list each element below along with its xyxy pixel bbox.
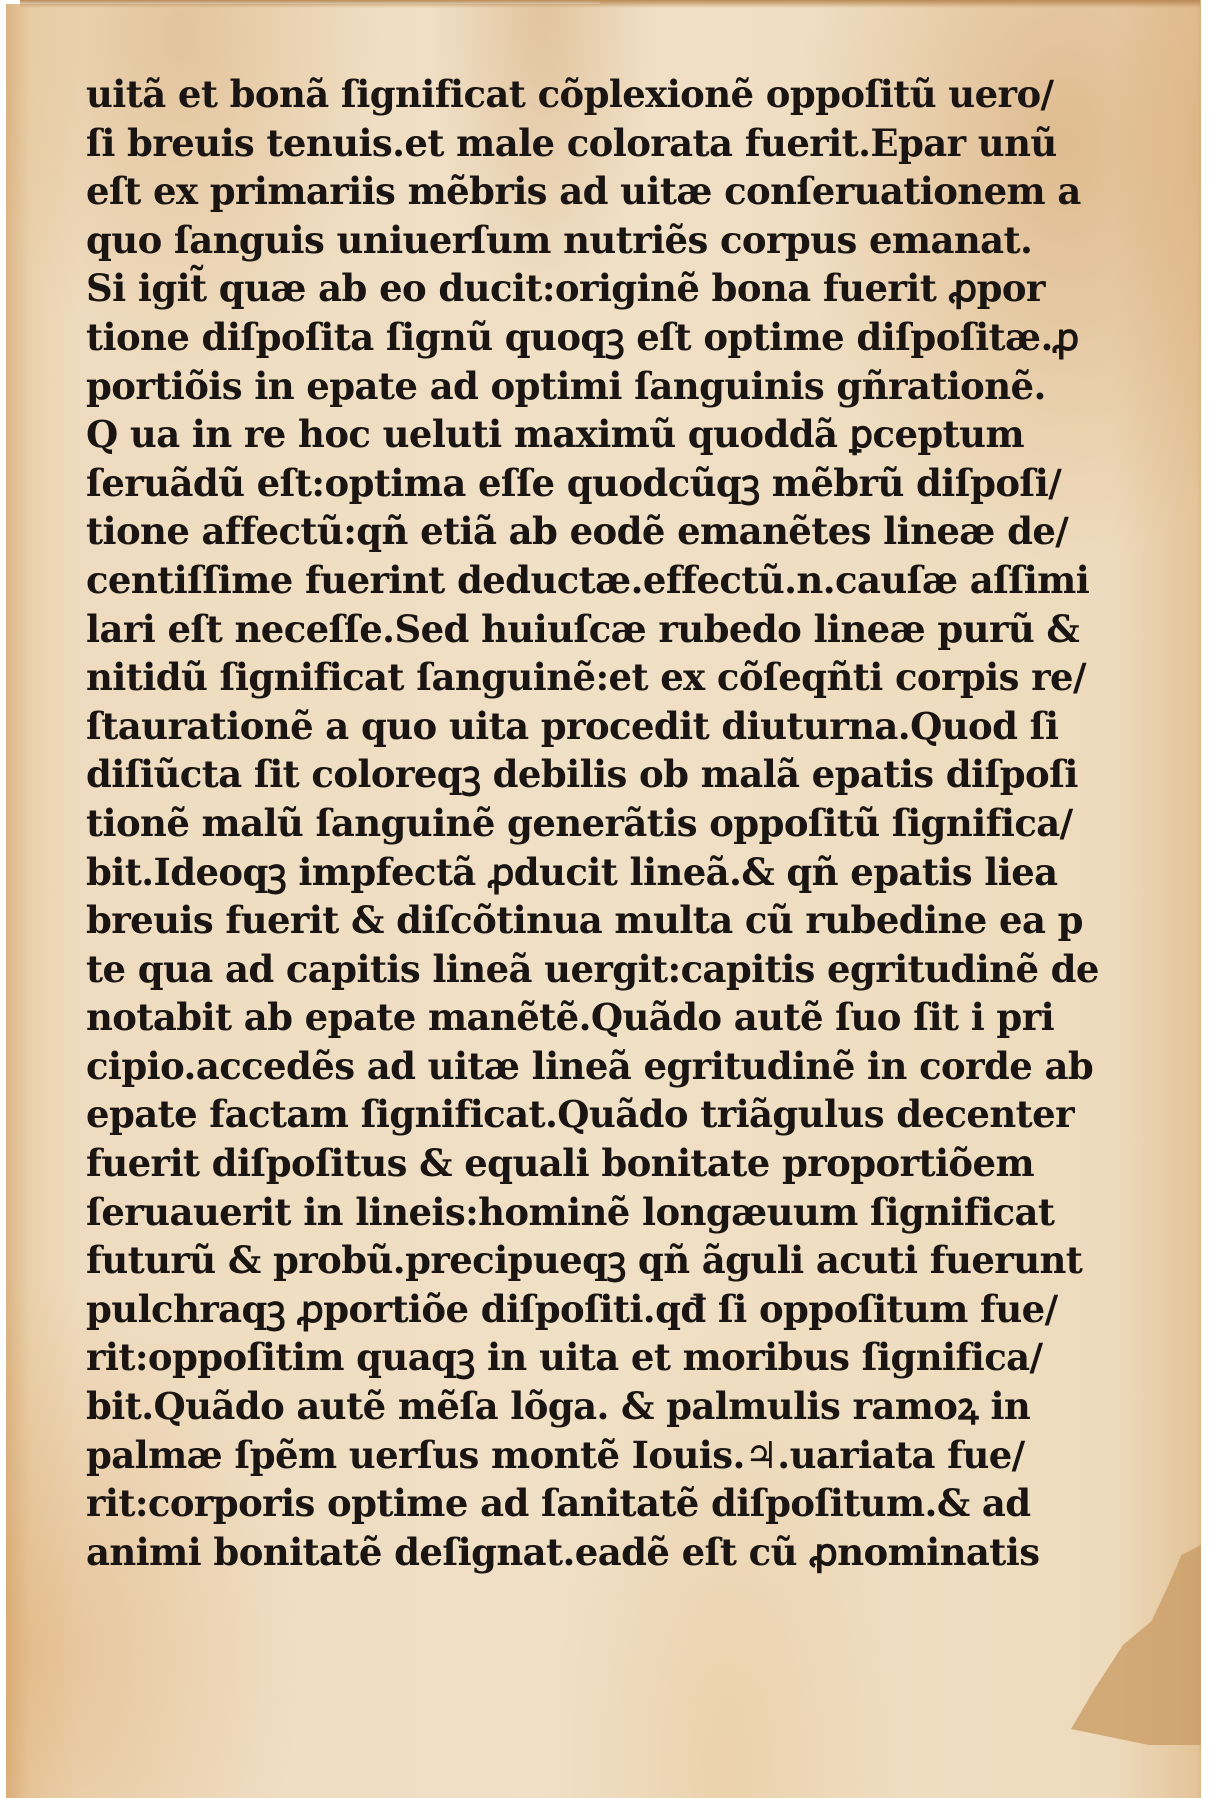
text-line: ſeruãdũ eſt:optima eſſe quodcũqꝫ mẽbrũ d… [86,459,1016,508]
text-line: tione diſpoſita ſignũ quoqꝫ eſt optime d… [86,313,1016,362]
text-line: futurũ & probũ.precipueqꝫ qñ ãguli acuti… [86,1236,1016,1285]
text-line: ſeruauerit in lineis:hominẽ longæuum ſig… [86,1188,1016,1237]
body-text: uitã et bonã ſignificat cõplexionẽ oppoſ… [86,70,1016,1576]
text-line: palmæ ſpẽm uerſus montẽ Iouis.♃.uariata … [86,1431,1016,1480]
scan-border-right [1201,0,1209,1798]
text-line: Si igit̃ quæ ab eo ducit:originẽ bona fu… [86,264,1016,313]
text-line: te qua ad capitis lineã uergit:capitis e… [86,945,1016,994]
page-top-edge-stain [20,0,1200,8]
manuscript-page: uitã et bonã ſignificat cõplexionẽ oppoſ… [0,0,1209,1798]
text-line: rit:oppoſitim quaqꝫ in uita et moribus ſ… [86,1333,1016,1382]
text-line: centiſſime fuerint deductæ.effectũ.n.cau… [86,556,1016,605]
text-line: uitã et bonã ſignificat cõplexionẽ oppoſ… [86,70,1016,119]
text-line: rit:corporis optime ad ſanitatẽ diſpoſit… [86,1479,1016,1528]
text-line: ſi breuis tenuis.et male colorata fuerit… [86,119,1016,168]
text-line: cipio.accedẽs ad uitæ lineã egritudinẽ i… [86,1042,1016,1091]
text-line: fuerit diſpoſitus & equali bonitate prop… [86,1139,1016,1188]
text-line: portiõis in epate ad optimi ſanguinis gñ… [86,362,1016,411]
text-line: tione affectũ:qñ etiã ab eodẽ emanẽtes l… [86,507,1016,556]
text-line: nitidũ ſignificat ſanguinẽ:et ex cõſeqñt… [86,653,1016,702]
scan-border-left [0,0,6,1798]
text-line: animi bonitatẽ deſignat.eadẽ eſt cũ ꝓnom… [86,1528,1016,1577]
text-line: tionẽ malũ ſanguinẽ generãtis oppoſitũ ſ… [86,799,1016,848]
text-line: eſt ex primariis mẽbris ad uitæ conſerua… [86,167,1016,216]
torn-corner [1071,1545,1201,1745]
text-line: bit.Quãdo autẽ mẽſa lõga. & palmulis ram… [86,1382,1016,1431]
text-line: ſtaurationẽ a quo uita procedit diuturna… [86,702,1016,751]
text-line: lari eſt neceſſe.Sed huiuſcæ rubedo line… [86,605,1016,654]
text-line: notabit ab epate manẽtẽ.Quãdo autẽ ſuo ſ… [86,993,1016,1042]
text-line: epate factam ſignificat.Quãdo triãgulus … [86,1090,1016,1139]
text-line: pulchraqꝫ ꝓportiõe diſpoſiti.qđ ſi oppoſ… [86,1285,1016,1334]
text-line: Q ua in re hoc ueluti maximũ quoddã ꝑcep… [86,410,1016,459]
text-line: quo ſanguis uniuerſum nutriẽs corpus ema… [86,216,1016,265]
text-line: bit.Ideoqꝫ impfectã ꝓducit lineã.& qñ ep… [86,848,1016,897]
text-line: diſiũcta ſit coloreqꝫ debilis ob malã ep… [86,750,1016,799]
text-line: breuis fuerit & diſcõtinua multa cũ rube… [86,896,1016,945]
